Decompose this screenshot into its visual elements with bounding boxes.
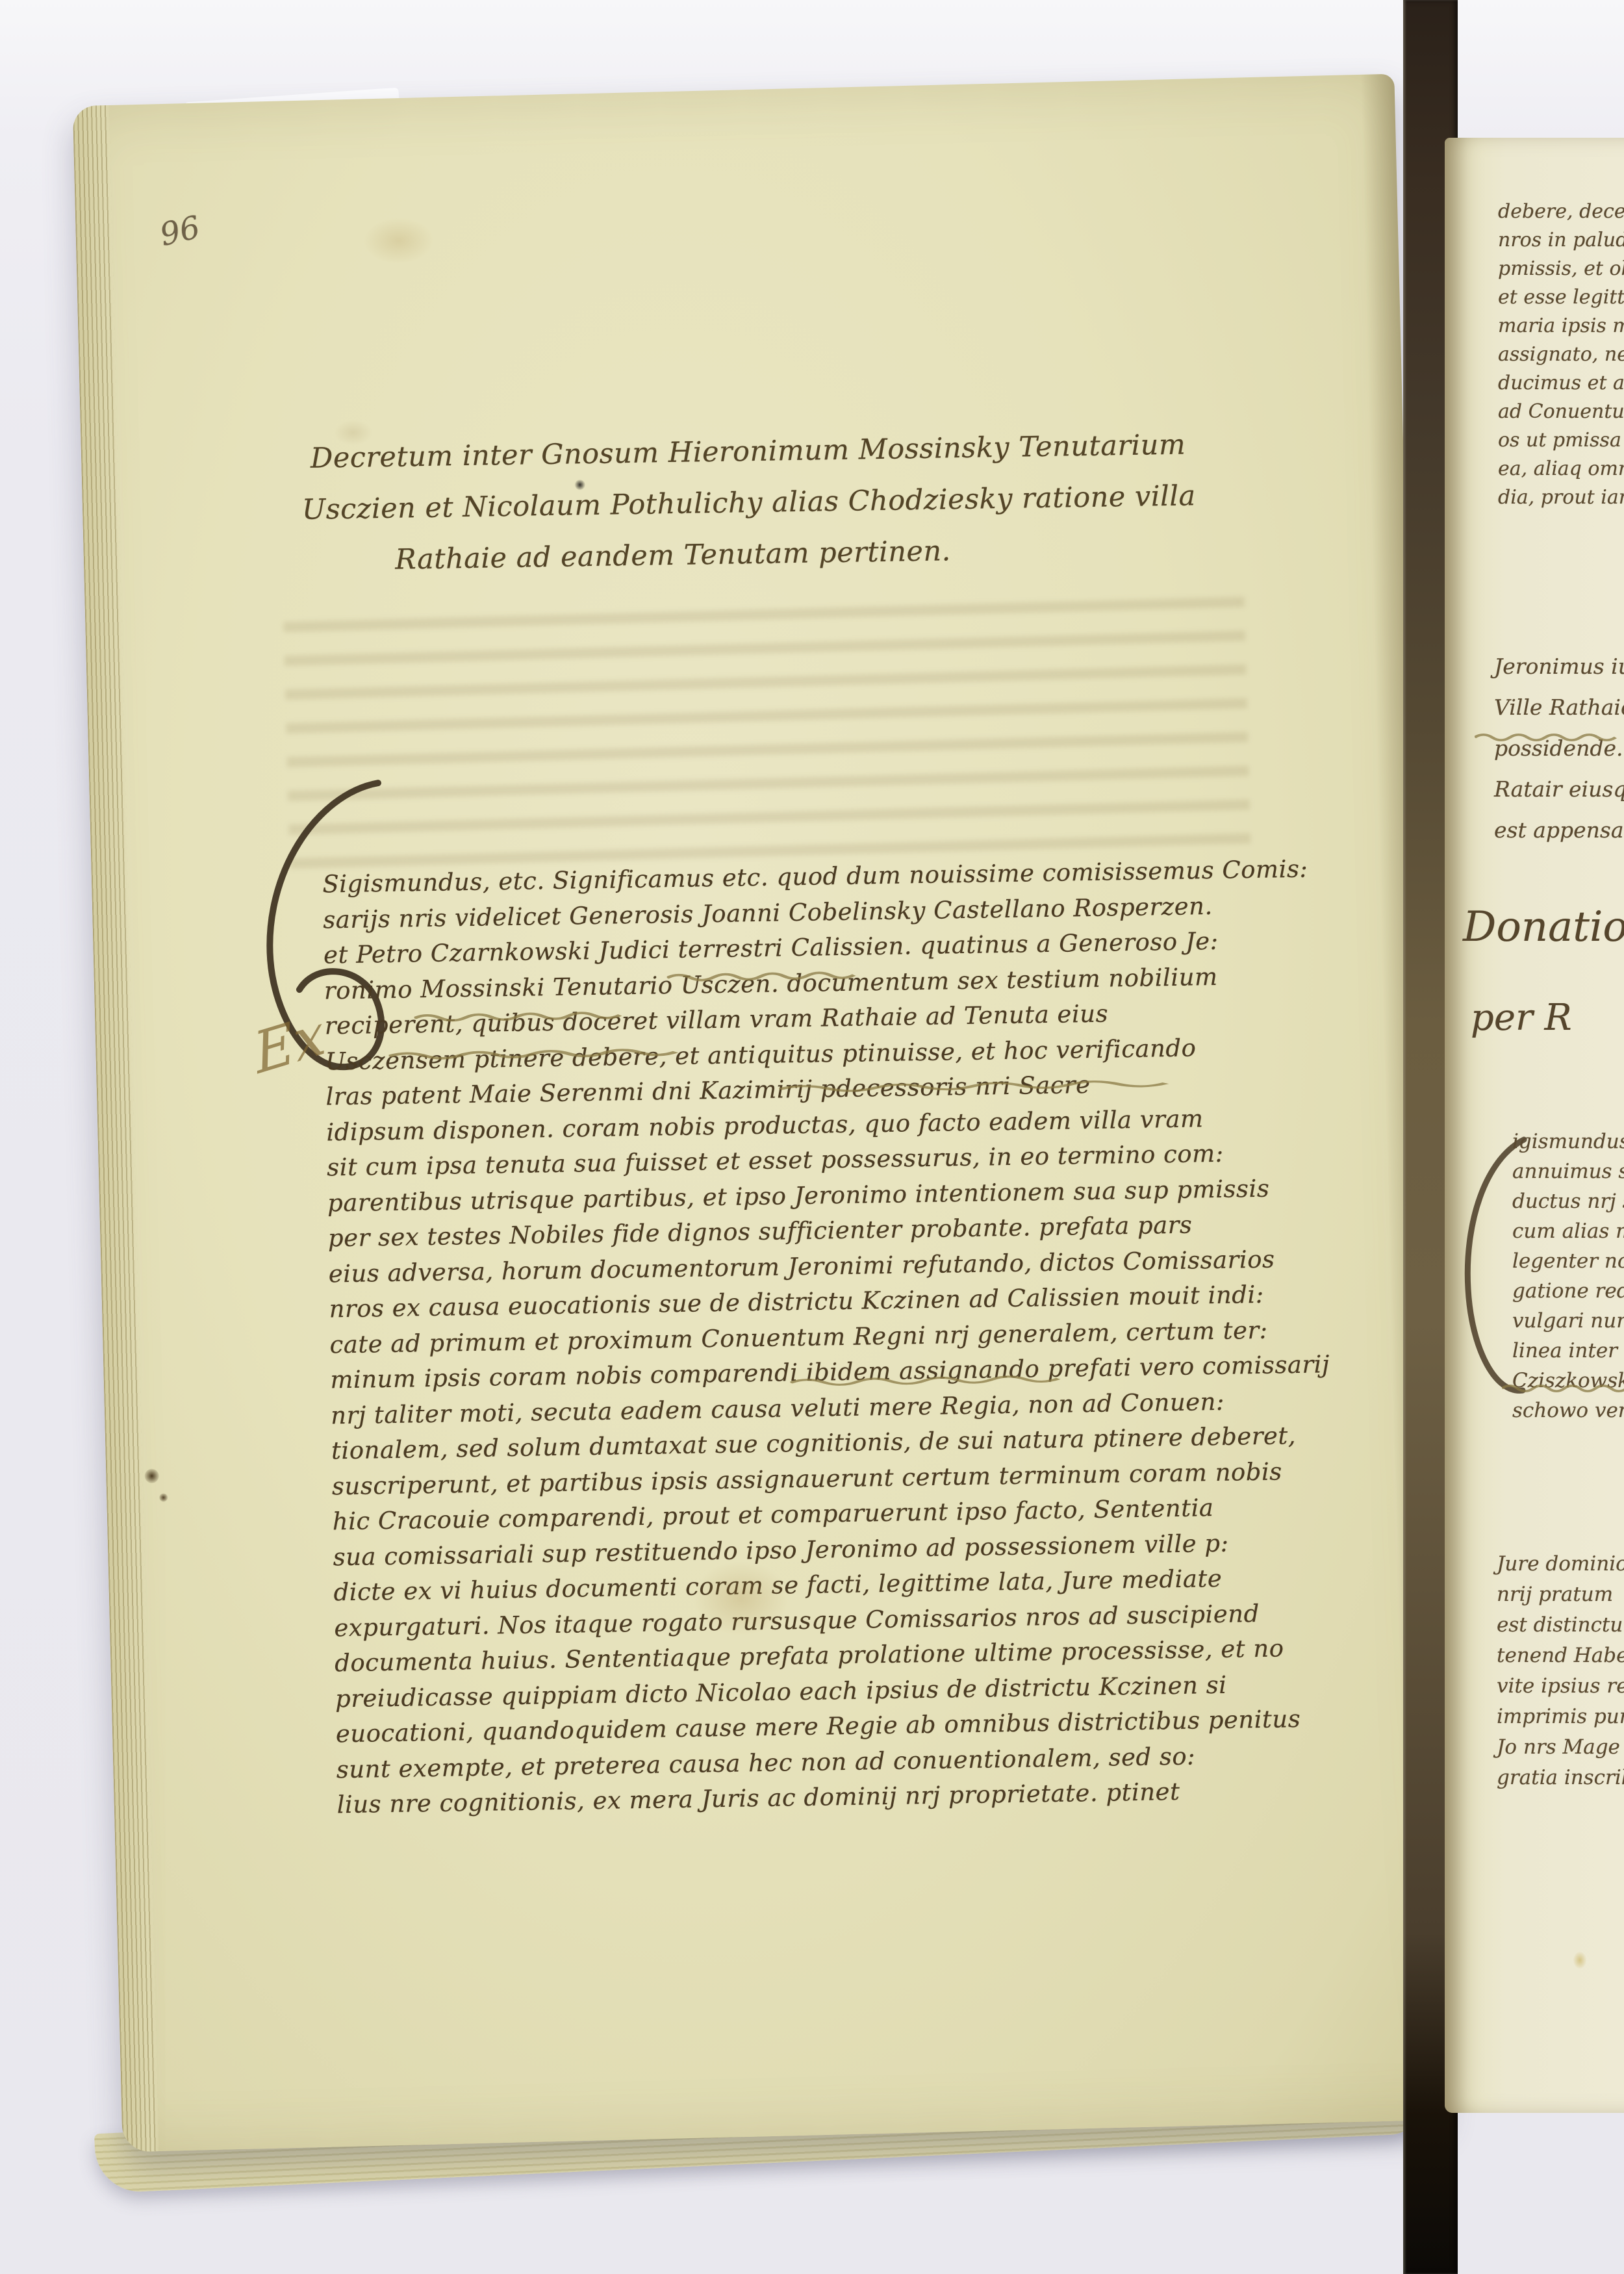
fragment-line: Jo nrs Mage — [1497, 1732, 1624, 1763]
fragment-line: dia, prout iam — [1498, 483, 1624, 512]
fragment-line: imprimis purga — [1497, 1702, 1624, 1732]
fragment-line: nros in palud — [1498, 226, 1624, 255]
fragment-line: vite ipsius reten — [1497, 1671, 1624, 1702]
paper-stain — [362, 217, 435, 265]
body-text: Sigismundus, etc. Significamus etc. quod… — [322, 850, 1402, 1823]
fragment-line: linea inter pra — [1512, 1336, 1624, 1366]
fragment-line: ea, aliaq omn — [1498, 455, 1624, 483]
fragment-line: Jeronimus iuxta — [1494, 646, 1624, 687]
fragment-line: assignato, neq ro — [1498, 340, 1624, 369]
fragment-line: cum alias multi — [1512, 1216, 1624, 1246]
fragment-line: nrij pratum — [1497, 1579, 1624, 1610]
fragment-line: est distinctum — [1497, 1610, 1624, 1641]
fragment-line: igismundus et — [1512, 1127, 1624, 1156]
fragment-line: os ut pmissa — [1498, 426, 1624, 455]
fragment-line: pmissis, et ob h — [1498, 255, 1624, 283]
fragment-line: maria ipsis mon — [1498, 312, 1624, 340]
fragment-line: schowo versus — [1512, 1396, 1624, 1425]
paper-stain — [1573, 1952, 1586, 1969]
fragment-line: gratia inscribi — [1497, 1763, 1624, 1793]
fragment-line: legenter nobis re — [1512, 1246, 1624, 1276]
fragment-line: gatione reddere — [1512, 1276, 1624, 1306]
fragment-line: est appensa — [1494, 810, 1624, 850]
per-regem-line: per R M — [1445, 997, 1624, 1039]
ink-speck — [159, 1493, 168, 1501]
fragment-line: ductus nrj sub — [1512, 1186, 1624, 1216]
fragment-line: ducimus et app — [1498, 369, 1624, 398]
folio-number: 96 — [157, 209, 203, 253]
manuscript-right-page: debere, decernim nros in palud pmissis, … — [1445, 138, 1624, 2113]
fragment-line: ad Conuentu Reg — [1498, 398, 1624, 426]
fragment-line: annuimus suppli — [1512, 1156, 1624, 1186]
fragment-line: debere, decernim — [1498, 198, 1624, 226]
donatio-heading: Donatio — [1445, 903, 1624, 951]
record-heading: Decretum inter Gnosum Hieronimum Mossins… — [87, 416, 1411, 591]
ink-speck — [144, 1469, 159, 1483]
facing-middle-fragments: Jeronimus iuxta Ville Rathaie possidende… — [1445, 646, 1624, 850]
fragment-line: vulgari nuncupat — [1512, 1306, 1624, 1336]
fragment-line: Jure dominio — [1497, 1549, 1624, 1579]
fragment-line: Ratair eiusq — [1494, 769, 1624, 810]
underline-squiggle — [1502, 1384, 1624, 1393]
manuscript-left-page: 96 Decretum inter Gnosum Hieronimum Moss… — [73, 74, 1444, 2153]
facing-bottom-fragments: Jure dominio nrij pratum est distinctum … — [1445, 1549, 1624, 1793]
fragment-line: Ville Rathaie — [1494, 687, 1624, 728]
fragment-line: tenend Habend — [1497, 1641, 1624, 1671]
facing-lower-fragments: igismundus et annuimus suppli ductus nrj… — [1445, 1127, 1624, 1425]
underline-squiggle — [1475, 733, 1621, 742]
fragment-line: et esse legittim — [1498, 283, 1624, 312]
left-page-content: 96 Decretum inter Gnosum Hieronimum Moss… — [81, 79, 1435, 2147]
facing-upper-fragments: debere, decernim nros in palud pmissis, … — [1445, 198, 1624, 512]
ink-showthrough — [283, 596, 1250, 869]
